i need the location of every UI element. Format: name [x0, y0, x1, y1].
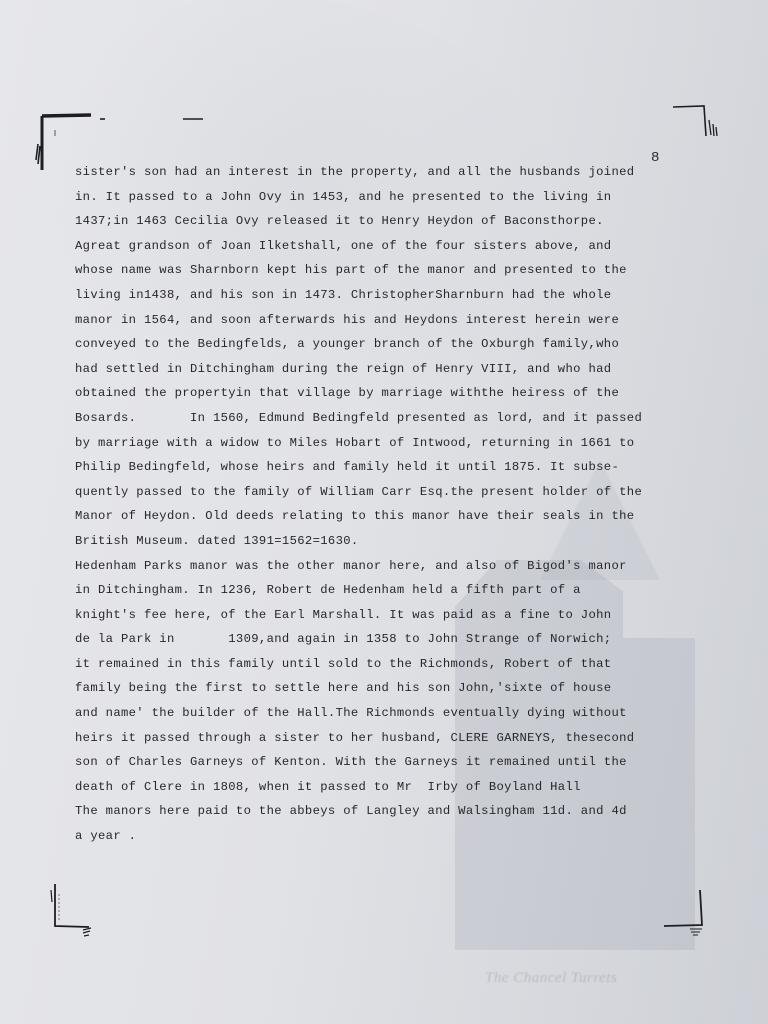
text-line: knight's fee here, of the Earl Marshall.…: [75, 603, 715, 628]
text-line: in. It passed to a John Ovy in 1453, and…: [75, 185, 715, 210]
typescript-body: sister's son had an interest in the prop…: [75, 160, 715, 849]
text-line: Hedenham Parks manor was the other manor…: [75, 554, 715, 579]
text-line: in Ditchingham. In 1236, Robert de Heden…: [75, 578, 715, 603]
text-line: obtained the propertyin that village by …: [75, 381, 715, 406]
typescript-page: The Chancel Turrets 8 sister's son had a…: [0, 0, 768, 1024]
text-line: son of Charles Garneys of Kenton. With t…: [75, 750, 715, 775]
text-line: British Museum. dated 1391=1562=1630.: [75, 529, 715, 554]
text-line: sister's son had an interest in the prop…: [75, 160, 715, 185]
text-line: heirs it passed through a sister to her …: [75, 726, 715, 751]
text-line: quently passed to the family of William …: [75, 480, 715, 505]
text-line: The manors here paid to the abbeys of La…: [75, 799, 715, 824]
crop-mark-bottom-right-icon: [660, 880, 710, 940]
text-line: Philip Bedingfeld, whose heirs and famil…: [75, 455, 715, 480]
text-line: conveyed to the Bedingfelds, a younger b…: [75, 332, 715, 357]
crop-mark-top-right-icon: [668, 96, 728, 156]
crop-mark-bottom-left-icon: [45, 880, 105, 940]
text-line: and name' the builder of the Hall.The Ri…: [75, 701, 715, 726]
text-line: Bosards. In 1560, Edmund Bedingfeld pres…: [75, 406, 715, 431]
text-line: by marriage with a widow to Miles Hobart…: [75, 431, 715, 456]
text-line: a year .: [75, 824, 715, 849]
text-line: death of Clere in 1808, when it passed t…: [75, 775, 715, 800]
text-line: Manor of Heydon. Old deeds relating to t…: [75, 504, 715, 529]
text-line: 1437;in 1463 Cecilia Ovy released it to …: [75, 209, 715, 234]
text-line: whose name was Sharnborn kept his part o…: [75, 258, 715, 283]
text-line: Agreat grandson of Joan Ilketshall, one …: [75, 234, 715, 259]
text-line: family being the first to settle here an…: [75, 676, 715, 701]
text-line: it remained in this family until sold to…: [75, 652, 715, 677]
text-line: de la Park in 1309,and again in 1358 to …: [75, 627, 715, 652]
text-line: had settled in Ditchingham during the re…: [75, 357, 715, 382]
show-through-caption: The Chancel Turrets: [485, 970, 617, 987]
text-line: manor in 1564, and soon afterwards his a…: [75, 308, 715, 333]
text-line: living in1438, and his son in 1473. Chri…: [75, 283, 715, 308]
